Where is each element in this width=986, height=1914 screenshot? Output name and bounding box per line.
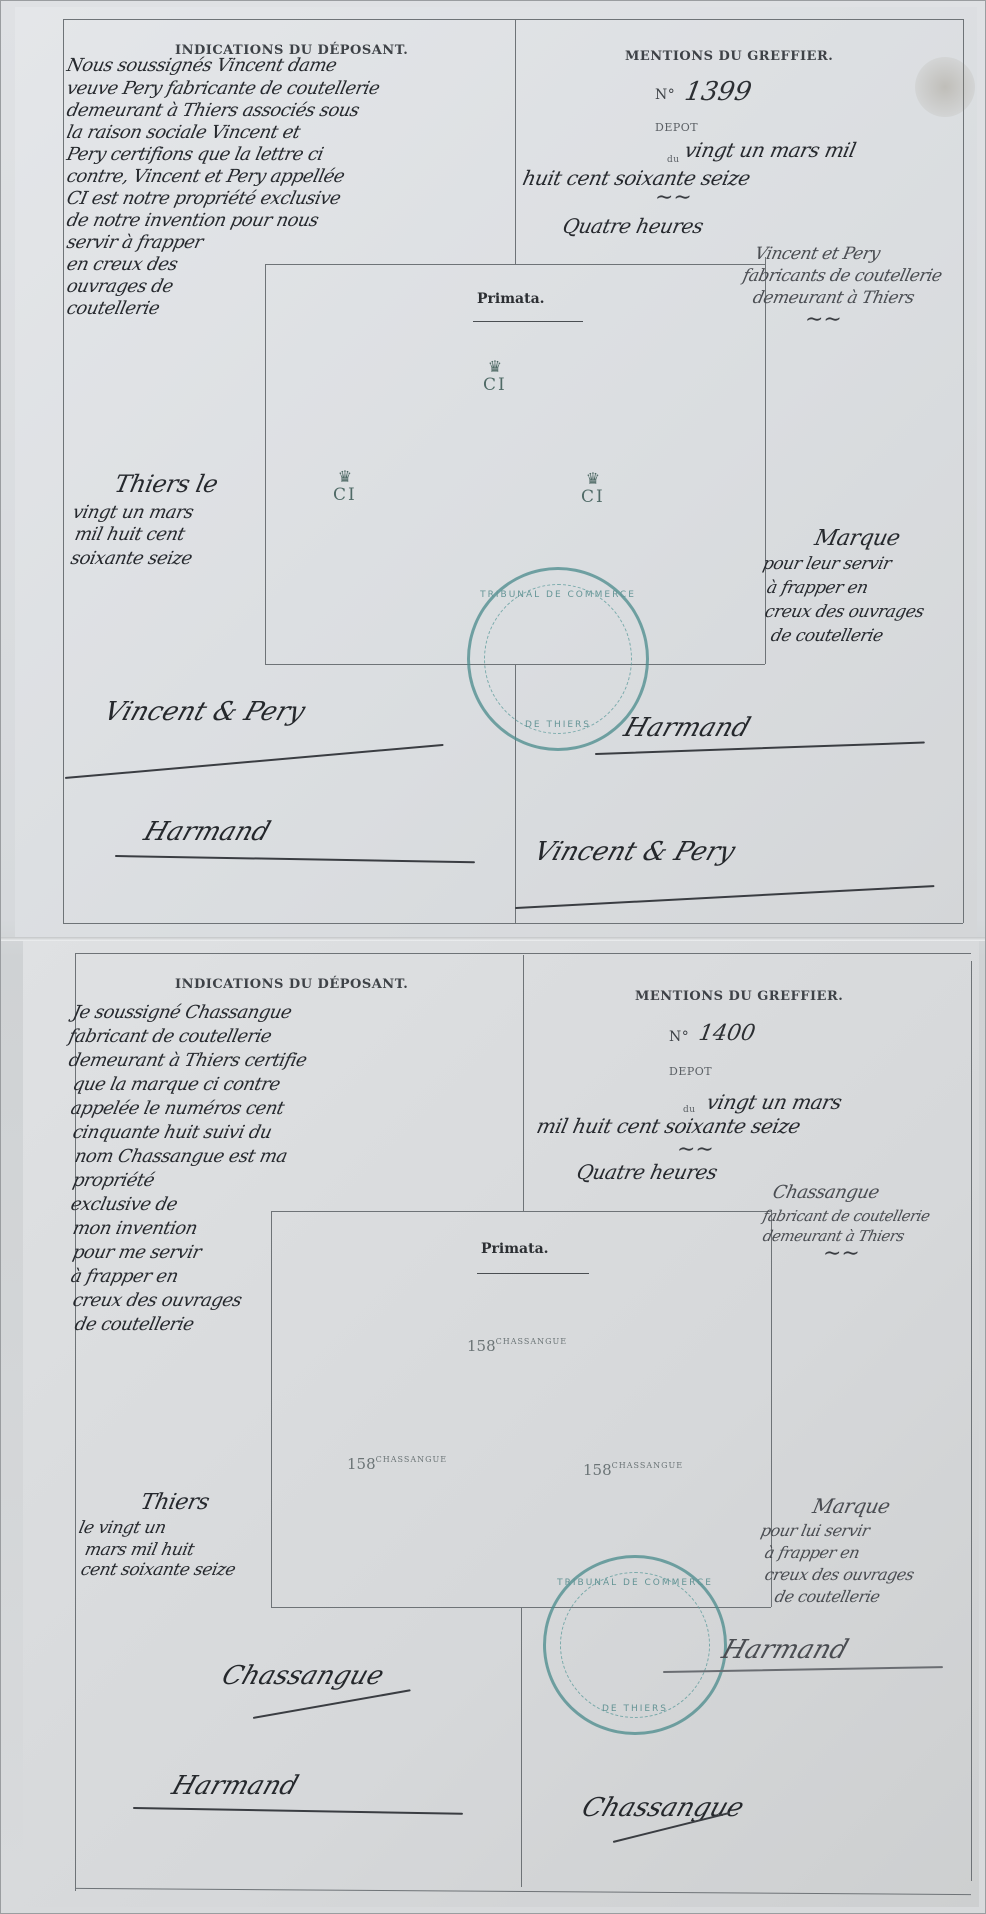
mark-note-line: de coutellerie xyxy=(769,625,885,648)
primata-title: Primata. xyxy=(481,1241,549,1257)
mark-note-line: à frapper en xyxy=(763,1541,862,1564)
signature-flourish xyxy=(65,744,444,779)
place-date-line: vingt un mars xyxy=(71,501,196,524)
mark-note-line: pour leur servir xyxy=(761,553,894,576)
mark-note-line: pour lui servir xyxy=(759,1519,872,1542)
rule xyxy=(521,1607,522,1887)
rule xyxy=(271,1211,771,1212)
rule xyxy=(63,923,963,924)
number-label: N° xyxy=(655,87,675,103)
depositor-line: Nous soussignés Vincent dame xyxy=(65,55,339,78)
signature-bottom-right: Vincent & Pery xyxy=(530,837,739,867)
signature-top-left: Chassangue xyxy=(218,1661,388,1691)
depositor-line: ouvrages de xyxy=(65,275,176,298)
rule xyxy=(265,264,765,265)
primata-title: Primata. xyxy=(477,291,545,307)
depositor-line: mon invention xyxy=(71,1217,200,1240)
depositor-line: CI est notre propriété exclusive xyxy=(65,187,343,210)
deposit-date-line-1: vingt un mars xyxy=(705,1091,844,1114)
mark-158-top: 158CHASSANGUE xyxy=(467,1337,567,1355)
depot-label: DEPOT xyxy=(655,121,698,134)
signature-bottom-right: Chassangue xyxy=(578,1793,748,1823)
mark-note-line: creux des ouvrages xyxy=(763,601,926,624)
deposit-time: Quatre heures xyxy=(561,215,706,238)
rule xyxy=(523,955,524,1211)
clerk-note-line: Chassangue xyxy=(771,1181,882,1204)
depositor-header: INDICATIONS DU DÉPOSANT. xyxy=(175,977,408,992)
mark-158-right: 158CHASSANGUE xyxy=(583,1461,683,1479)
depositor-line: coutellerie xyxy=(65,297,162,320)
document-scan: INDICATIONS DU DÉPOSANT. MENTIONS DU GRE… xyxy=(0,0,986,1914)
rule xyxy=(75,1888,971,1895)
depositor-line: cinquante huit suivi du xyxy=(71,1121,274,1144)
depositor-line: contre, Vincent et Pery appellée xyxy=(65,165,347,188)
title-underline xyxy=(473,321,583,322)
ci-mark-left: ♛ CI xyxy=(333,469,357,505)
depositor-line: à frapper en xyxy=(69,1265,181,1288)
depositor-line: de notre invention pour nous xyxy=(65,209,321,232)
clerk-header: MENTIONS DU GREFFIER. xyxy=(635,989,843,1004)
rule xyxy=(515,19,516,264)
mark-note-line: Marque xyxy=(811,1495,892,1518)
mark-note-line: creux des ouvrages xyxy=(763,1563,916,1586)
depositor-line: propriété xyxy=(71,1169,157,1192)
depositor-line: creux des ouvrages xyxy=(71,1289,244,1312)
sheet-1400: INDICATIONS DU DÉPOSANT. MENTIONS DU GRE… xyxy=(23,941,979,1907)
number-label: N° xyxy=(669,1029,689,1045)
mark-note-line: de coutellerie xyxy=(773,1585,882,1608)
signature-flourish xyxy=(515,885,935,909)
rule xyxy=(63,19,64,923)
crown-icon: ♛ xyxy=(483,359,507,375)
rule xyxy=(265,264,266,664)
depositor-line: fabricant de coutellerie xyxy=(67,1025,274,1048)
depositor-line: veuve Pery fabricante de coutellerie xyxy=(65,77,382,100)
signature-bottom-left: Harmand xyxy=(168,1771,302,1801)
place-date-line: Thiers le xyxy=(113,473,220,496)
ci-mark-top: ♛ CI xyxy=(483,359,507,395)
crown-icon: ♛ xyxy=(581,471,605,487)
signature-top-right: Harmand xyxy=(620,713,754,743)
flourish: ∼∼ xyxy=(677,1137,714,1162)
crown-icon: ♛ xyxy=(333,469,357,485)
depositor-line: demeurant à Thiers certifie xyxy=(67,1049,309,1072)
title-underline xyxy=(477,1273,589,1274)
flourish: ∼∼ xyxy=(655,185,692,210)
deposit-number: 1399 xyxy=(682,77,753,107)
clerk-note-line: fabricants de coutellerie xyxy=(741,265,944,288)
sheet-1399: INDICATIONS DU DÉPOSANT. MENTIONS DU GRE… xyxy=(15,7,977,937)
depositor-line: la raison sociale Vincent et xyxy=(65,121,303,144)
clerk-header: MENTIONS DU GREFFIER. xyxy=(625,49,833,64)
depositor-line: appelée le numéros cent xyxy=(69,1097,287,1120)
deposit-date-line-1: vingt un mars mil xyxy=(683,139,858,162)
place-date-line: le vingt un xyxy=(77,1517,168,1540)
signature-top-left: Vincent & Pery xyxy=(100,697,309,727)
ci-mark-right: ♛ CI xyxy=(581,471,605,507)
place-date-line: Thiers xyxy=(139,1491,212,1514)
depositor-line: nom Chassangue est ma xyxy=(73,1145,290,1168)
deposit-number: 1400 xyxy=(697,1021,757,1046)
rule xyxy=(63,19,963,20)
depositor-line: que la marque ci contre xyxy=(71,1073,283,1096)
place-date-line: mil huit cent xyxy=(73,523,187,546)
mark-note-line: à frapper en xyxy=(765,577,870,600)
depositor-line: Je soussigné Chassangue xyxy=(71,1001,294,1024)
tribunal-stamp: TRIBUNAL DE COMMERCE DE THIERS xyxy=(543,1555,727,1735)
signature-flourish xyxy=(253,1689,411,1719)
depot-label: DEPOT xyxy=(669,1065,712,1078)
tribunal-stamp: TRIBUNAL DE COMMERCE DE THIERS xyxy=(467,567,649,751)
depositor-line: exclusive de xyxy=(69,1193,180,1216)
place-date-line: cent soixante seize xyxy=(79,1559,238,1582)
depositor-line: demeurant à Thiers associés sous xyxy=(65,99,362,122)
depositor-line: de coutellerie xyxy=(73,1313,196,1336)
signature-top-right: Harmand xyxy=(718,1635,852,1665)
signature-bottom-left: Harmand xyxy=(140,817,274,847)
place-date-line: soixante seize xyxy=(69,547,195,570)
flourish: ∼∼ xyxy=(805,307,842,332)
deposit-date-line-2: mil huit cent soixante seize xyxy=(535,1115,803,1138)
flourish: ∼∼ xyxy=(823,1241,860,1266)
depositor-line: pour me servir xyxy=(71,1241,204,1264)
rule xyxy=(271,1211,272,1607)
deposit-time: Quatre heures xyxy=(575,1161,720,1184)
depositor-line: en creux des xyxy=(65,253,180,276)
clerk-note-line: Vincent et Pery xyxy=(753,243,882,266)
rule xyxy=(971,961,972,1881)
du-label: du xyxy=(667,155,680,165)
depositor-line: Pery certifions que la lettre ci xyxy=(65,143,326,166)
rule xyxy=(75,953,971,954)
signature-flourish xyxy=(595,741,925,755)
signature-flourish xyxy=(133,1807,463,1815)
deposit-date-line-2: huit cent soixante seize xyxy=(521,167,753,190)
paper-stain xyxy=(915,57,975,117)
rule xyxy=(963,19,964,923)
mark-note-line: Marque xyxy=(813,527,902,550)
mark-158-left: 158CHASSANGUE xyxy=(347,1455,447,1473)
signature-flourish xyxy=(115,855,475,863)
depositor-line: servir à frapper xyxy=(65,231,205,254)
